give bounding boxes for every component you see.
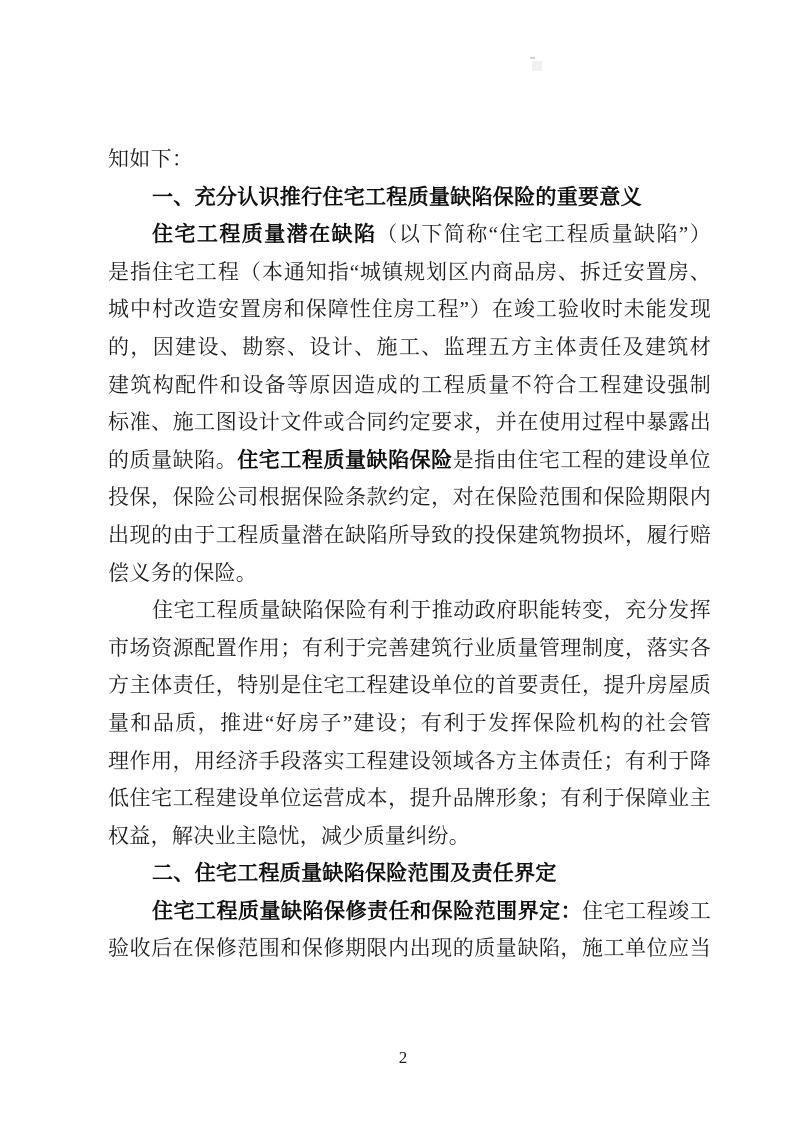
text-line: 标准、施工图设计文件或合同约定要求，并在使用过程中暴露出	[108, 404, 711, 442]
text-line: 住宅工程质量缺陷保险有利于推动政府职能转变，充分发挥	[108, 592, 711, 630]
body-text: 建筑构配件和设备等原因造成的工程质量不符合工程建设强制	[108, 373, 711, 397]
text-line: 理作用，用经济手段落实工程建设领域各方主体责任；有利于降	[108, 743, 711, 781]
text-line: 权益，解决业主隐忧，减少质量纠纷。	[108, 818, 711, 856]
text-line: 市场资源配置作用；有利于完善建筑行业质量管理制度，落实各	[108, 630, 711, 668]
body-text: 城中村改造安置房和保障性住房工程”）在竣工验收时未能发现	[108, 297, 711, 321]
page-number: 2	[393, 1046, 413, 1070]
body-text: 的质量缺陷。	[108, 448, 237, 472]
text-line: 城中村改造安置房和保障性住房工程”）在竣工验收时未能发现	[108, 291, 711, 329]
text-line: 是指住宅工程（本通知指“城镇规划区内商品房、拆迁安置房、	[108, 254, 711, 292]
body-text: 低住宅工程建设单位运营成本，提升品牌形象；有利于保障业主	[108, 786, 711, 810]
text-line: 偿义务的保险。	[108, 555, 711, 593]
text-line: 验收后在保修范围和保修期限内出现的质量缺陷，施工单位应当	[108, 930, 711, 968]
text-line: 住宅工程质量缺陷保修责任和保险范围界定：住宅工程竣工	[108, 893, 711, 931]
body-text: 知如下：	[108, 147, 193, 171]
body-text: 标准、施工图设计文件或合同约定要求，并在使用过程中暴露出	[108, 410, 711, 434]
section-1-heading: 一、充分认识推行住宅工程质量缺陷保险的重要意义	[108, 179, 711, 217]
body-text: 住宅工程竣工	[582, 899, 711, 923]
text-line: 出现的由于工程质量潜在缺陷所导致的投保建筑物损坏，履行赔	[108, 517, 711, 555]
text-line: 住宅工程质量潜在缺陷（以下简称“住宅工程质量缺陷”）	[108, 216, 711, 254]
text-line: 量和品质，推进“好房子”建设；有利于发挥保险机构的社会管	[108, 705, 711, 743]
body-text: 理作用，用经济手段落实工程建设领域各方主体责任；有利于降	[108, 749, 711, 773]
bold-text: 住宅工程质量潜在缺陷	[152, 223, 376, 246]
bold-text: 二、住宅工程质量缺陷保险范围及责任界定	[152, 862, 557, 885]
body-text: 出现的由于工程质量潜在缺陷所导致的投保建筑物损坏，履行赔	[108, 523, 711, 547]
text-line: 低住宅工程建设单位运营成本，提升品牌形象；有利于保障业主	[108, 780, 711, 818]
text-line: 的质量缺陷。住宅工程质量缺陷保险是指由住宅工程的建设单位	[108, 442, 711, 480]
body-text: 权益，解决业主隐忧，减少质量纠纷。	[108, 824, 470, 848]
body-text: （以下简称“住宅工程质量缺陷”）	[376, 222, 711, 246]
document-page: 知如下：一、充分认识推行住宅工程质量缺陷保险的重要意义住宅工程质量潜在缺陷（以下…	[0, 0, 794, 1123]
bold-text: 住宅工程质量缺陷保修责任和保险范围界定：	[152, 900, 582, 923]
text-body: 知如下：一、充分认识推行住宅工程质量缺陷保险的重要意义住宅工程质量潜在缺陷（以下…	[108, 141, 711, 968]
text-line: 知如下：	[108, 141, 711, 179]
bold-text: 住宅工程质量缺陷保险	[237, 449, 452, 472]
section-2-heading: 二、住宅工程质量缺陷保险范围及责任界定	[108, 855, 711, 893]
body-text: 验收后在保修范围和保修期限内出现的质量缺陷，施工单位应当	[108, 936, 711, 960]
text-line: 方主体责任，特别是住宅工程建设单位的首要责任，提升房屋质	[108, 667, 711, 705]
body-text: 住宅工程质量缺陷保险有利于推动政府职能转变，充分发挥	[152, 598, 711, 622]
body-text: 是指由住宅工程的建设单位	[453, 448, 711, 472]
body-text: 投保，保险公司根据保险条款约定，对在保险范围和保险期限内	[108, 485, 711, 509]
body-text: 量和品质，推进“好房子”建设；有利于发挥保险机构的社会管	[108, 711, 711, 735]
text-line: 投保，保险公司根据保险条款约定，对在保险范围和保险期限内	[108, 479, 711, 517]
text-line: 建筑构配件和设备等原因造成的工程质量不符合工程建设强制	[108, 367, 711, 405]
text-line: 的，因建设、勘察、设计、施工、监理五方主体责任及建筑材料、	[108, 329, 711, 367]
body-text: 方主体责任，特别是住宅工程建设单位的首要责任，提升房屋质	[108, 673, 711, 697]
body-text: 是指住宅工程（本通知指“城镇规划区内商品房、拆迁安置房、	[108, 260, 711, 284]
bold-text: 一、充分认识推行住宅工程质量缺陷保险的重要意义	[152, 186, 642, 209]
body-text: 的，因建设、勘察、设计、施工、监理五方主体责任及建筑材料、	[108, 335, 711, 367]
body-text: 偿义务的保险。	[108, 561, 257, 585]
scan-artifact	[530, 57, 543, 73]
body-text: 市场资源配置作用；有利于完善建筑行业质量管理制度，落实各	[108, 636, 711, 660]
